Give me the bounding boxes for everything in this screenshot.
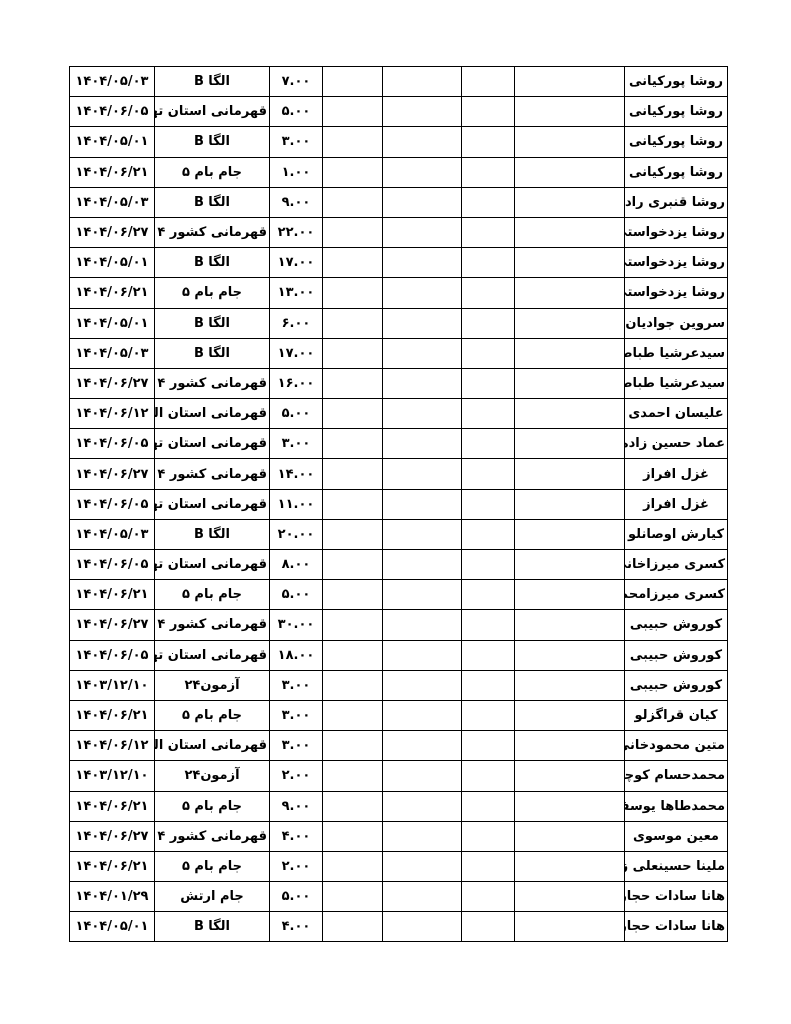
- empty-cell: [323, 610, 383, 640]
- empty-cell: [323, 399, 383, 429]
- athlete-name-cell: هانا سادات حجازی: [625, 912, 728, 942]
- table-row: سیدعرشیا طباطبایی ۱۶.۰۰ قهرمانی کشور ۱۴۰…: [70, 368, 728, 398]
- empty-cell: [383, 700, 462, 730]
- empty-cell: [323, 217, 383, 247]
- empty-cell: [323, 187, 383, 217]
- athlete-name-cell: ملینا حسینعلی زاده: [625, 851, 728, 881]
- table-row: روشا پورکیانی ۷.۰۰ الگا B ۱۴۰۴/۰۵/۰۳: [70, 67, 728, 97]
- table-row: سیدعرشیا طباطبایی ۱۷.۰۰ الگا B ۱۴۰۴/۰۵/۰…: [70, 338, 728, 368]
- empty-cell: [323, 127, 383, 157]
- empty-cell: [383, 187, 462, 217]
- score-cell: ۵.۰۰: [270, 97, 323, 127]
- empty-cell: [462, 187, 515, 217]
- score-cell: ۱۷.۰۰: [270, 338, 323, 368]
- competition-cell: جام بام ۵: [155, 278, 270, 308]
- athlete-name-cell: کوروش حبیبی: [625, 610, 728, 640]
- athlete-name-cell: کوروش حبیبی: [625, 670, 728, 700]
- empty-cell: [515, 187, 625, 217]
- date-cell: ۱۴۰۴/۰۵/۰۳: [70, 519, 155, 549]
- athlete-name-cell: روشا پورکیانی: [625, 67, 728, 97]
- athlete-name-cell: روشا پورکیانی: [625, 97, 728, 127]
- score-cell: ۳۰.۰۰: [270, 610, 323, 640]
- table-row: روشا پورکیانی ۱.۰۰ جام بام ۵ ۱۴۰۴/۰۶/۲۱: [70, 157, 728, 187]
- empty-cell: [515, 67, 625, 97]
- empty-cell: [515, 791, 625, 821]
- date-cell: ۱۴۰۴/۰۶/۲۱: [70, 580, 155, 610]
- empty-cell: [383, 489, 462, 519]
- empty-cell: [383, 278, 462, 308]
- score-cell: ۳.۰۰: [270, 429, 323, 459]
- empty-cell: [323, 670, 383, 700]
- competition-cell: الگا B: [155, 912, 270, 942]
- score-cell: ۲۰.۰۰: [270, 519, 323, 549]
- date-cell: ۱۴۰۴/۰۵/۰۳: [70, 187, 155, 217]
- empty-cell: [383, 248, 462, 278]
- table-row: کوروش حبیبی ۳۰.۰۰ قهرمانی کشور ۱۴۰۴ ۱۴۰۴…: [70, 610, 728, 640]
- empty-cell: [515, 157, 625, 187]
- empty-cell: [515, 338, 625, 368]
- score-cell: ۱.۰۰: [270, 157, 323, 187]
- empty-cell: [515, 912, 625, 942]
- competition-cell: الگا B: [155, 248, 270, 278]
- empty-cell: [515, 97, 625, 127]
- date-cell: ۱۴۰۳/۱۲/۱۰: [70, 670, 155, 700]
- empty-cell: [383, 731, 462, 761]
- empty-cell: [515, 459, 625, 489]
- empty-cell: [383, 97, 462, 127]
- date-cell: ۱۴۰۴/۰۶/۰۵: [70, 640, 155, 670]
- empty-cell: [383, 580, 462, 610]
- athlete-name-cell: کیان قراگزلو: [625, 700, 728, 730]
- empty-cell: [462, 459, 515, 489]
- empty-cell: [515, 489, 625, 519]
- table-row: محمدطاها یوسفی ۹.۰۰ جام بام ۵ ۱۴۰۴/۰۶/۲۱: [70, 791, 728, 821]
- results-table: روشا پورکیانی ۷.۰۰ الگا B ۱۴۰۴/۰۵/۰۳ روش…: [69, 66, 728, 942]
- athlete-name-cell: کسری میرزاخانی: [625, 550, 728, 580]
- empty-cell: [462, 882, 515, 912]
- competition-cell: قهرمانی استان تهران: [155, 97, 270, 127]
- score-cell: ۱۷.۰۰: [270, 248, 323, 278]
- empty-cell: [383, 217, 462, 247]
- date-cell: ۱۴۰۴/۰۵/۰۳: [70, 338, 155, 368]
- date-cell: ۱۴۰۴/۰۶/۱۲: [70, 731, 155, 761]
- empty-cell: [323, 821, 383, 851]
- empty-cell: [515, 821, 625, 851]
- athlete-name-cell: روشا یزدخواستی: [625, 217, 728, 247]
- competition-cell: آزمون۲۴: [155, 761, 270, 791]
- table-row: کیارش اوصانلو ۲۰.۰۰ الگا B ۱۴۰۴/۰۵/۰۳: [70, 519, 728, 549]
- date-cell: ۱۴۰۴/۰۶/۲۱: [70, 700, 155, 730]
- score-cell: ۴.۰۰: [270, 821, 323, 851]
- empty-cell: [462, 791, 515, 821]
- empty-cell: [515, 278, 625, 308]
- athlete-name-cell: عماد حسین زاده: [625, 429, 728, 459]
- table-row: روشا پورکیانی ۵.۰۰ قهرمانی استان تهران ۱…: [70, 97, 728, 127]
- empty-cell: [462, 399, 515, 429]
- empty-cell: [462, 278, 515, 308]
- score-cell: ۲.۰۰: [270, 851, 323, 881]
- competition-cell: قهرمانی استان تهران: [155, 489, 270, 519]
- empty-cell: [383, 550, 462, 580]
- empty-cell: [323, 338, 383, 368]
- empty-cell: [462, 127, 515, 157]
- empty-cell: [515, 429, 625, 459]
- empty-cell: [383, 399, 462, 429]
- score-cell: ۱۳.۰۰: [270, 278, 323, 308]
- competition-cell: الگا B: [155, 338, 270, 368]
- date-cell: ۱۴۰۴/۰۶/۰۵: [70, 429, 155, 459]
- score-cell: ۵.۰۰: [270, 882, 323, 912]
- athlete-name-cell: کیارش اوصانلو: [625, 519, 728, 549]
- empty-cell: [383, 821, 462, 851]
- competition-cell: جام بام ۵: [155, 791, 270, 821]
- date-cell: ۱۴۰۴/۰۵/۰۱: [70, 127, 155, 157]
- date-cell: ۱۴۰۴/۰۶/۲۱: [70, 791, 155, 821]
- table-row: روشا پورکیانی ۳.۰۰ الگا B ۱۴۰۴/۰۵/۰۱: [70, 127, 728, 157]
- empty-cell: [383, 610, 462, 640]
- date-cell: ۱۴۰۴/۰۵/۰۱: [70, 308, 155, 338]
- date-cell: ۱۴۰۴/۰۶/۲۱: [70, 278, 155, 308]
- score-cell: ۱۴.۰۰: [270, 459, 323, 489]
- empty-cell: [323, 912, 383, 942]
- empty-cell: [383, 67, 462, 97]
- date-cell: ۱۴۰۴/۰۶/۰۵: [70, 550, 155, 580]
- empty-cell: [323, 97, 383, 127]
- score-cell: ۴.۰۰: [270, 912, 323, 942]
- athlete-name-cell: هانا سادات حجازی: [625, 882, 728, 912]
- competition-cell: جام بام ۵: [155, 580, 270, 610]
- empty-cell: [323, 157, 383, 187]
- score-cell: ۵.۰۰: [270, 399, 323, 429]
- score-cell: ۹.۰۰: [270, 791, 323, 821]
- empty-cell: [323, 882, 383, 912]
- score-cell: ۲۲.۰۰: [270, 217, 323, 247]
- empty-cell: [515, 761, 625, 791]
- empty-cell: [383, 368, 462, 398]
- empty-cell: [383, 429, 462, 459]
- score-cell: ۱۶.۰۰: [270, 368, 323, 398]
- competition-cell: قهرمانی کشور ۱۴۰۴: [155, 368, 270, 398]
- table-row: معین موسوی ۴.۰۰ قهرمانی کشور ۱۴۰۴ ۱۴۰۴/۰…: [70, 821, 728, 851]
- competition-cell: قهرمانی استان البرز B: [155, 399, 270, 429]
- empty-cell: [515, 882, 625, 912]
- athlete-name-cell: غزل افراز: [625, 489, 728, 519]
- athlete-name-cell: روشا پورکیانی: [625, 127, 728, 157]
- table-row: هانا سادات حجازی ۵.۰۰ جام ارتش ۱۴۰۴/۰۱/۲…: [70, 882, 728, 912]
- empty-cell: [462, 640, 515, 670]
- table-row: کیان قراگزلو ۳.۰۰ جام بام ۵ ۱۴۰۴/۰۶/۲۱: [70, 700, 728, 730]
- athlete-name-cell: روشا پورکیانی: [625, 157, 728, 187]
- table-row: غزل افراز ۱۴.۰۰ قهرمانی کشور ۱۴۰۴ ۱۴۰۴/۰…: [70, 459, 728, 489]
- empty-cell: [462, 97, 515, 127]
- competition-cell: قهرمانی کشور ۱۴۰۴: [155, 217, 270, 247]
- competition-cell: الگا B: [155, 308, 270, 338]
- athlete-name-cell: کسری میرزامحمدی: [625, 580, 728, 610]
- empty-cell: [462, 550, 515, 580]
- empty-cell: [323, 550, 383, 580]
- empty-cell: [515, 308, 625, 338]
- athlete-name-cell: روشا یزدخواستی: [625, 278, 728, 308]
- competition-cell: قهرمانی کشور ۱۴۰۴: [155, 459, 270, 489]
- empty-cell: [323, 459, 383, 489]
- date-cell: ۱۴۰۴/۰۶/۲۷: [70, 368, 155, 398]
- empty-cell: [515, 580, 625, 610]
- table-row: سروین جوادیان ۶.۰۰ الگا B ۱۴۰۴/۰۵/۰۱: [70, 308, 728, 338]
- competition-cell: قهرمانی استان تهران: [155, 640, 270, 670]
- empty-cell: [323, 519, 383, 549]
- athlete-name-cell: علیسان احمدی: [625, 399, 728, 429]
- date-cell: ۱۴۰۴/۰۶/۲۷: [70, 459, 155, 489]
- athlete-name-cell: محمدطاها یوسفی: [625, 791, 728, 821]
- empty-cell: [383, 761, 462, 791]
- empty-cell: [515, 248, 625, 278]
- athlete-name-cell: سیدعرشیا طباطبایی: [625, 338, 728, 368]
- athlete-name-cell: روشا یزدخواستی: [625, 248, 728, 278]
- empty-cell: [462, 912, 515, 942]
- empty-cell: [462, 368, 515, 398]
- empty-cell: [462, 731, 515, 761]
- score-cell: ۳.۰۰: [270, 700, 323, 730]
- empty-cell: [383, 308, 462, 338]
- athlete-name-cell: متین محمودخانی: [625, 731, 728, 761]
- competition-cell: الگا B: [155, 519, 270, 549]
- empty-cell: [323, 791, 383, 821]
- competition-cell: جام بام ۵: [155, 157, 270, 187]
- score-cell: ۱۸.۰۰: [270, 640, 323, 670]
- table-row: ملینا حسینعلی زاده ۲.۰۰ جام بام ۵ ۱۴۰۴/۰…: [70, 851, 728, 881]
- empty-cell: [462, 610, 515, 640]
- competition-cell: الگا B: [155, 67, 270, 97]
- empty-cell: [462, 580, 515, 610]
- table-row: متین محمودخانی ۳.۰۰ قهرمانی استان البرز …: [70, 731, 728, 761]
- empty-cell: [515, 610, 625, 640]
- date-cell: ۱۴۰۴/۰۵/۰۱: [70, 248, 155, 278]
- empty-cell: [462, 700, 515, 730]
- athlete-name-cell: محمدحسام کوچکی: [625, 761, 728, 791]
- empty-cell: [323, 761, 383, 791]
- empty-cell: [462, 248, 515, 278]
- athlete-name-cell: غزل افراز: [625, 459, 728, 489]
- date-cell: ۱۴۰۴/۰۵/۰۱: [70, 912, 155, 942]
- empty-cell: [383, 127, 462, 157]
- empty-cell: [383, 519, 462, 549]
- athlete-name-cell: کوروش حبیبی: [625, 640, 728, 670]
- competition-cell: جام بام ۵: [155, 851, 270, 881]
- empty-cell: [383, 338, 462, 368]
- empty-cell: [383, 791, 462, 821]
- table-row: کسری میرزاخانی ۸.۰۰ قهرمانی استان تهران …: [70, 550, 728, 580]
- table-row: غزل افراز ۱۱.۰۰ قهرمانی استان تهران ۱۴۰۴…: [70, 489, 728, 519]
- empty-cell: [515, 368, 625, 398]
- score-cell: ۶.۰۰: [270, 308, 323, 338]
- table-row: عماد حسین زاده ۳.۰۰ قهرمانی استان تهران …: [70, 429, 728, 459]
- empty-cell: [515, 127, 625, 157]
- empty-cell: [462, 519, 515, 549]
- competition-cell: الگا B: [155, 127, 270, 157]
- empty-cell: [462, 670, 515, 700]
- empty-cell: [462, 338, 515, 368]
- empty-cell: [323, 489, 383, 519]
- table-row: کوروش حبیبی ۱۸.۰۰ قهرمانی استان تهران ۱۴…: [70, 640, 728, 670]
- document-page: روشا پورکیانی ۷.۰۰ الگا B ۱۴۰۴/۰۵/۰۳ روش…: [0, 0, 791, 1024]
- empty-cell: [515, 550, 625, 580]
- empty-cell: [383, 459, 462, 489]
- table-row: روشا یزدخواستی ۱۷.۰۰ الگا B ۱۴۰۴/۰۵/۰۱: [70, 248, 728, 278]
- competition-cell: قهرمانی کشور ۱۴۰۴: [155, 610, 270, 640]
- score-cell: ۲.۰۰: [270, 761, 323, 791]
- score-cell: ۱۱.۰۰: [270, 489, 323, 519]
- empty-cell: [323, 851, 383, 881]
- score-cell: ۵.۰۰: [270, 580, 323, 610]
- empty-cell: [462, 489, 515, 519]
- empty-cell: [323, 700, 383, 730]
- competition-cell: قهرمانی استان تهران: [155, 429, 270, 459]
- date-cell: ۱۴۰۴/۰۶/۲۷: [70, 821, 155, 851]
- empty-cell: [515, 519, 625, 549]
- empty-cell: [323, 368, 383, 398]
- empty-cell: [462, 157, 515, 187]
- athlete-name-cell: سیدعرشیا طباطبایی: [625, 368, 728, 398]
- competition-cell: جام بام ۵: [155, 700, 270, 730]
- date-cell: ۱۴۰۴/۰۶/۲۱: [70, 851, 155, 881]
- empty-cell: [462, 761, 515, 791]
- empty-cell: [515, 731, 625, 761]
- competition-cell: قهرمانی کشور ۱۴۰۴: [155, 821, 270, 851]
- empty-cell: [383, 882, 462, 912]
- empty-cell: [323, 731, 383, 761]
- table-row: روشا یزدخواستی ۱۳.۰۰ جام بام ۵ ۱۴۰۴/۰۶/۲…: [70, 278, 728, 308]
- empty-cell: [323, 429, 383, 459]
- empty-cell: [323, 67, 383, 97]
- table-row: محمدحسام کوچکی ۲.۰۰ آزمون۲۴ ۱۴۰۳/۱۲/۱۰: [70, 761, 728, 791]
- empty-cell: [515, 700, 625, 730]
- empty-cell: [515, 640, 625, 670]
- table-row: کوروش حبیبی ۳.۰۰ آزمون۲۴ ۱۴۰۳/۱۲/۱۰: [70, 670, 728, 700]
- empty-cell: [515, 670, 625, 700]
- empty-cell: [323, 278, 383, 308]
- empty-cell: [462, 821, 515, 851]
- score-cell: ۸.۰۰: [270, 550, 323, 580]
- date-cell: ۱۴۰۴/۰۱/۲۹: [70, 882, 155, 912]
- results-table-body: روشا پورکیانی ۷.۰۰ الگا B ۱۴۰۴/۰۵/۰۳ روش…: [70, 67, 728, 942]
- empty-cell: [323, 640, 383, 670]
- date-cell: ۱۴۰۴/۰۶/۰۵: [70, 489, 155, 519]
- empty-cell: [515, 399, 625, 429]
- empty-cell: [462, 308, 515, 338]
- score-cell: ۳.۰۰: [270, 670, 323, 700]
- table-row: علیسان احمدی ۵.۰۰ قهرمانی استان البرز B …: [70, 399, 728, 429]
- empty-cell: [462, 217, 515, 247]
- table-row: روشا قنبری راد ۹.۰۰ الگا B ۱۴۰۴/۰۵/۰۳: [70, 187, 728, 217]
- competition-cell: الگا B: [155, 187, 270, 217]
- empty-cell: [462, 429, 515, 459]
- competition-cell: قهرمانی استان البرز B: [155, 731, 270, 761]
- score-cell: ۳.۰۰: [270, 127, 323, 157]
- date-cell: ۱۴۰۴/۰۵/۰۳: [70, 67, 155, 97]
- date-cell: ۱۴۰۳/۱۲/۱۰: [70, 761, 155, 791]
- competition-cell: جام ارتش: [155, 882, 270, 912]
- score-cell: ۷.۰۰: [270, 67, 323, 97]
- empty-cell: [323, 580, 383, 610]
- empty-cell: [323, 248, 383, 278]
- table-row: روشا یزدخواستی ۲۲.۰۰ قهرمانی کشور ۱۴۰۴ ۱…: [70, 217, 728, 247]
- date-cell: ۱۴۰۴/۰۶/۱۲: [70, 399, 155, 429]
- table-row: کسری میرزامحمدی ۵.۰۰ جام بام ۵ ۱۴۰۴/۰۶/۲…: [70, 580, 728, 610]
- date-cell: ۱۴۰۴/۰۶/۰۵: [70, 97, 155, 127]
- date-cell: ۱۴۰۴/۰۶/۲۷: [70, 217, 155, 247]
- empty-cell: [383, 851, 462, 881]
- athlete-name-cell: روشا قنبری راد: [625, 187, 728, 217]
- empty-cell: [323, 308, 383, 338]
- empty-cell: [383, 670, 462, 700]
- empty-cell: [515, 217, 625, 247]
- empty-cell: [383, 640, 462, 670]
- empty-cell: [515, 851, 625, 881]
- athlete-name-cell: معین موسوی: [625, 821, 728, 851]
- table-row: هانا سادات حجازی ۴.۰۰ الگا B ۱۴۰۴/۰۵/۰۱: [70, 912, 728, 942]
- competition-cell: آزمون۲۴: [155, 670, 270, 700]
- empty-cell: [462, 851, 515, 881]
- athlete-name-cell: سروین جوادیان: [625, 308, 728, 338]
- score-cell: ۹.۰۰: [270, 187, 323, 217]
- score-cell: ۳.۰۰: [270, 731, 323, 761]
- empty-cell: [462, 67, 515, 97]
- empty-cell: [383, 157, 462, 187]
- empty-cell: [383, 912, 462, 942]
- date-cell: ۱۴۰۴/۰۶/۲۷: [70, 610, 155, 640]
- competition-cell: قهرمانی استان تهران: [155, 550, 270, 580]
- date-cell: ۱۴۰۴/۰۶/۲۱: [70, 157, 155, 187]
